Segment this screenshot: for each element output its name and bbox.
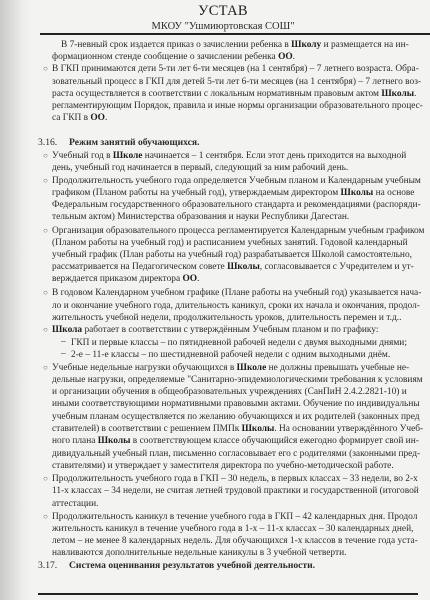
gkp-line: раста осуществляется в соответствии с ло…	[52, 88, 424, 100]
list-item-line: навливаются дополнительные недельные кан…	[52, 547, 424, 559]
gkp-line: зовательный процесс в ГКП для детей 5-ти…	[52, 76, 424, 88]
list-item-line: Продолжительность каникул в течение учеб…	[52, 511, 424, 523]
document-subtitle: МКОУ "Ушмиюртовская СОШ"	[8, 21, 430, 32]
bullet-icon: ○	[43, 226, 48, 235]
list-item-line: рассматривается на Педагогическом совете…	[52, 261, 424, 273]
list-item-line: и организации обучения в общеобразовател…	[52, 386, 424, 398]
list-item-line: учебным планам осуществляется по желанию…	[52, 411, 424, 423]
header-divider	[40, 33, 430, 35]
list-item-line: Учебный год в Школе начинается – 1 сентя…	[52, 150, 424, 162]
document-page: УСТАВ МКОУ "Ушмиюртовская СОШ" В 7-невны…	[0, 0, 430, 600]
dash-icon: –	[61, 337, 66, 347]
list-item-line: иными соответствующими нормативными прав…	[52, 398, 424, 410]
list-item-line: Федеральным государственного образовател…	[52, 199, 424, 211]
list-item-line: учебный график (План работы на учебный г…	[52, 249, 424, 261]
list-item-line: 11-х классах – 34 недели, не считая летн…	[52, 485, 424, 497]
intro-line-1: В 7-невный срок издается приказ о зачисл…	[61, 39, 430, 51]
bullet-icon: ○	[43, 363, 48, 372]
document-title: УСТАВ	[8, 3, 430, 20]
list-item-line: Школа работает в соответствии с утверждё…	[52, 324, 424, 336]
list-item-line: ставителей) в соответствии с решением ПМ…	[52, 423, 424, 435]
list-item-line: В годовом Календарном учебном графике (П…	[52, 287, 424, 299]
gkp-line: регламентирующим Порядок, правила и иные…	[52, 100, 424, 112]
list-item-line: летом – не менее 8 календарных недель. Д…	[52, 535, 424, 547]
section-number: 3.16.	[38, 137, 57, 148]
list-item-line: Организация образовательного процесса ре…	[52, 225, 424, 237]
list-item-line: жительность каникул в течение учебного г…	[52, 523, 424, 535]
footer-divider	[38, 593, 418, 595]
bullet-icon: ○	[43, 288, 48, 297]
list-item-line: ного плана Школы в соответствующем класс…	[52, 435, 424, 447]
bullet-icon: ○	[43, 176, 48, 185]
bullet-icon: ○	[43, 151, 48, 160]
list-item-line: жительность учебной недели, продолжитель…	[52, 312, 424, 324]
list-item-line: аттестации.	[52, 498, 424, 510]
list-item-line: дивидуальный учебный план, письменно сог…	[52, 448, 424, 460]
bullet-icon: ○	[43, 474, 48, 483]
list-item-line: Продолжительность учебного года определя…	[52, 175, 424, 187]
gkp-line: са ГКП в ОО.	[52, 112, 424, 124]
bullet-icon: ○	[43, 325, 48, 334]
bullet-icon: ○	[43, 512, 48, 521]
section-heading: Режим занятий обучающихся.	[69, 137, 200, 148]
list-item-line: день, учебный год начинается в первый, с…	[52, 162, 424, 174]
list-item-line: (Планом работы на учебный год) и расписа…	[52, 237, 424, 249]
bullet-icon: ○	[43, 64, 48, 73]
section-number: 3.17.	[38, 560, 57, 571]
section-heading: Система оценивания результатов учебной д…	[69, 560, 315, 571]
dash-icon: –	[61, 349, 66, 359]
sub-item-line: ГКП и первые классы – по пятидневной раб…	[71, 337, 430, 349]
gkp-line: В ГКП принимаются дети 5-ти лет 6-ти мес…	[52, 63, 424, 75]
list-item-line: тельным актом) Министерства образования …	[52, 211, 424, 223]
list-item-line: ставителями) и утверждает у заместителя …	[52, 460, 424, 472]
sub-item-line: 2-е – 11-е классы – по шестидневной рабо…	[71, 349, 430, 361]
list-item-line: дельные нагрузки, определяемые "Санитарн…	[52, 374, 424, 386]
list-item-line: верждается приказом директора ОО.	[52, 273, 424, 285]
list-item-line: графиком (Планом работы на учебный год),…	[52, 187, 424, 199]
list-item-line: Продолжительность учебного года в ГКП – …	[52, 473, 424, 485]
list-item-line: ло и окончание учебного года, длительнос…	[52, 300, 424, 312]
intro-line-2: формационном стенде сообщение о зачислен…	[52, 51, 424, 63]
list-item-line: Учебные недельные нагрузки обучающихся в…	[52, 362, 424, 374]
